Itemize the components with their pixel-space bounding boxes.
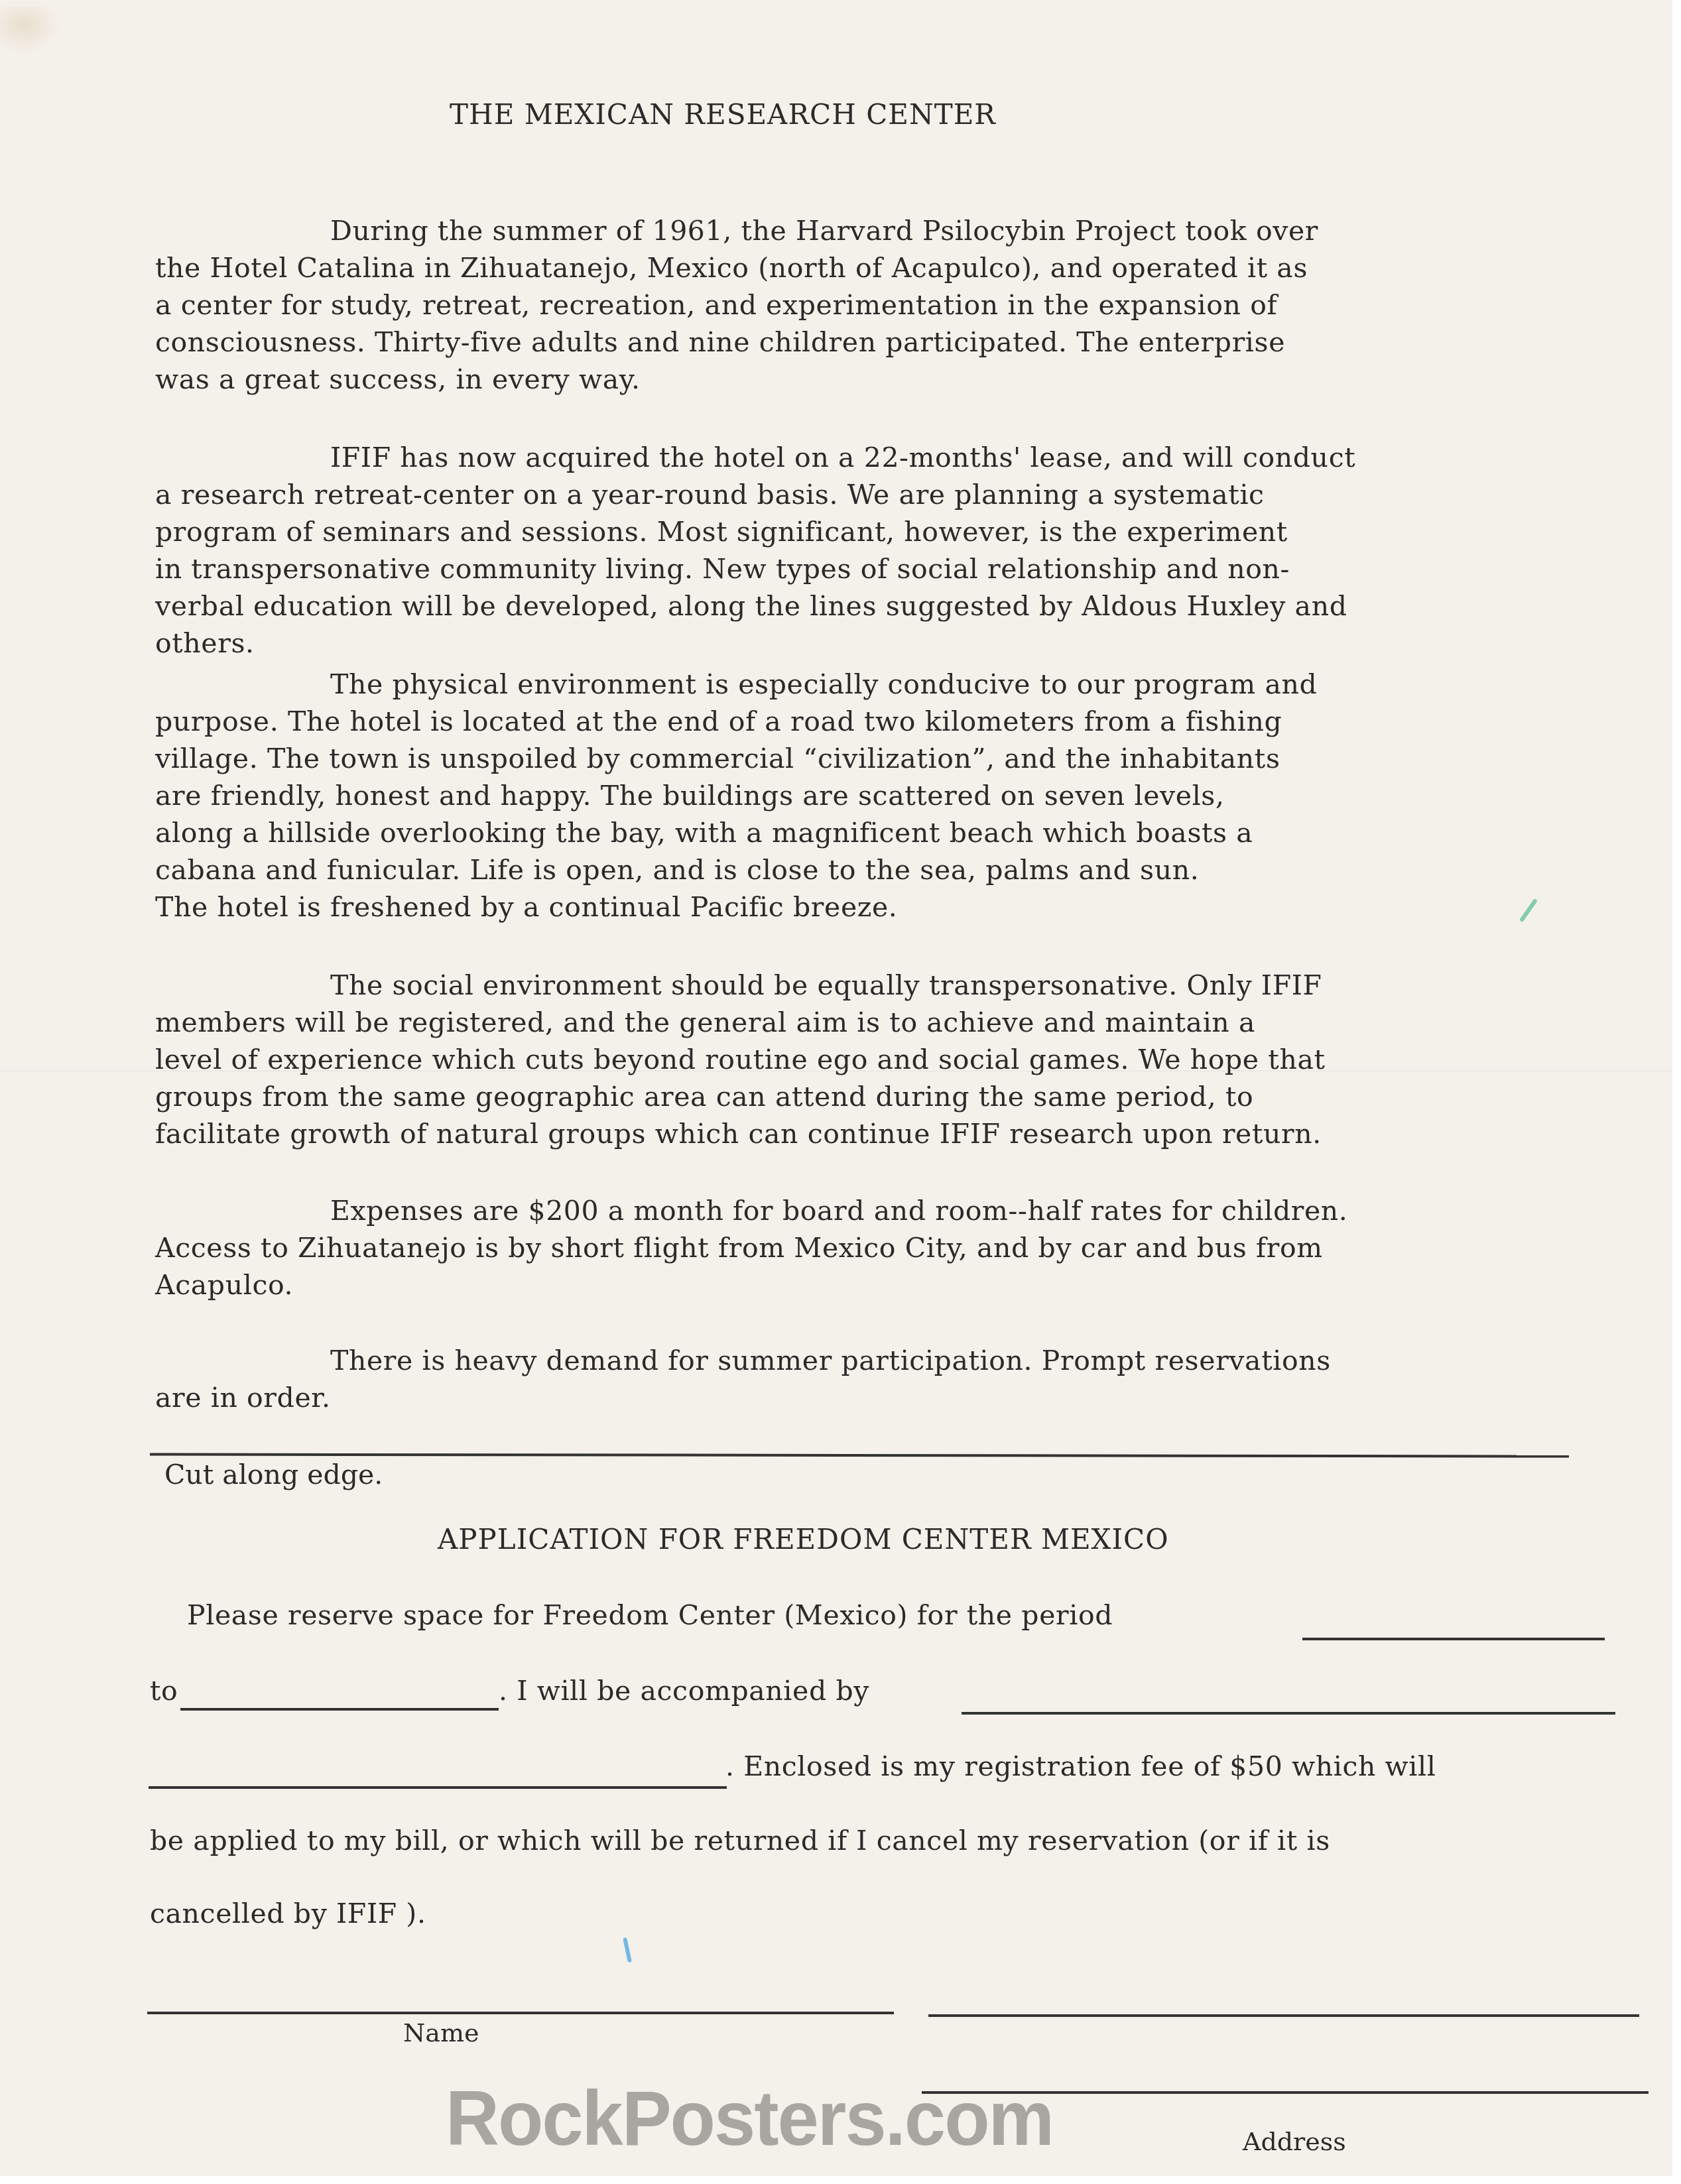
watermark-logo: RockPosters.com <box>446 2073 1053 2163</box>
text-line: The physical environment is especially c… <box>155 666 1561 703</box>
form-text-refund: be applied to my bill, or which will be … <box>150 1825 1330 1856</box>
text-line: are in order. <box>155 1379 1561 1416</box>
text-line: There is heavy demand for summer partici… <box>155 1342 1561 1379</box>
text-line: groups from the same geographic area can… <box>155 1078 1561 1115</box>
paragraph-lease: IFIF has now acquired the hotel on a 22-… <box>155 439 1561 662</box>
text-line: village. The town is unspoiled by commer… <box>155 740 1561 777</box>
text-line: along a hillside overlooking the bay, wi… <box>155 814 1561 851</box>
paragraph-history: During the summer of 1961, the Harvard P… <box>155 212 1561 398</box>
form-text-accompanied: . I will be accompanied by <box>499 1675 869 1707</box>
cut-instruction: Cut along edge. <box>164 1459 383 1490</box>
address-line1-field[interactable] <box>928 2014 1639 2017</box>
form-text-to: to <box>150 1675 178 1707</box>
paragraph-demand: There is heavy demand for summer partici… <box>155 1342 1561 1416</box>
scan-edge-bottom <box>0 2176 1681 2184</box>
name-label: Name <box>403 2018 479 2047</box>
document-title: THE MEXICAN RESEARCH CENTER <box>450 98 996 131</box>
scan-edge-right <box>1672 0 1681 2184</box>
accompanied-by-continued-field[interactable] <box>149 1786 727 1789</box>
text-line: Acapulco. <box>155 1266 1561 1304</box>
paragraph-physical-environment: The physical environment is especially c… <box>155 666 1561 926</box>
text-line: facilitate growth of natural groups whic… <box>155 1115 1561 1152</box>
text-line: the Hotel Catalina in Zihuatanejo, Mexic… <box>155 249 1561 286</box>
text-line: members will be registered, and the gene… <box>155 1004 1561 1041</box>
text-line: in transpersonative community living. Ne… <box>155 550 1561 587</box>
accompanied-by-field[interactable] <box>962 1712 1615 1715</box>
text-line: verbal education will be developed, alon… <box>155 587 1561 625</box>
period-to-field[interactable] <box>180 1708 499 1711</box>
text-line: others. <box>155 625 1561 662</box>
text-line: Access to Zihuatanejo is by short flight… <box>155 1229 1561 1266</box>
form-text-cancelled: cancelled by IFIF ). <box>150 1898 426 1929</box>
form-text-period: Please reserve space for Freedom Center … <box>187 1599 1113 1631</box>
paragraph-expenses: Expenses are $200 a month for board and … <box>155 1192 1561 1304</box>
text-line: purpose. The hotel is located at the end… <box>155 703 1561 740</box>
text-line: level of experience which cuts beyond ro… <box>155 1041 1561 1078</box>
address-label: Address <box>1243 2127 1346 2156</box>
text-line: a center for study, retreat, recreation,… <box>155 286 1561 324</box>
application-title: APPLICATION FOR FREEDOM CENTER MEXICO <box>438 1523 1169 1555</box>
text-line: The social environment should be equally… <box>155 967 1561 1004</box>
text-line: cabana and funicular. Life is open, and … <box>155 851 1561 888</box>
text-line: consciousness. Thirty-five adults and ni… <box>155 324 1561 361</box>
text-line: During the summer of 1961, the Harvard P… <box>155 212 1561 249</box>
text-line: program of seminars and sessions. Most s… <box>155 513 1561 550</box>
text-line: are friendly, honest and happy. The buil… <box>155 777 1561 814</box>
period-from-field[interactable] <box>1302 1638 1605 1640</box>
paragraph-social-environment: The social environment should be equally… <box>155 967 1561 1152</box>
text-line: Expenses are $200 a month for board and … <box>155 1192 1561 1229</box>
text-line: The hotel is freshened by a continual Pa… <box>155 888 1561 926</box>
text-line: was a great success, in every way. <box>155 361 1561 398</box>
name-field[interactable] <box>147 2012 894 2014</box>
text-line: IFIF has now acquired the hotel on a 22-… <box>155 439 1561 476</box>
form-text-fee: . Enclosed is my registration fee of $50… <box>725 1750 1436 1782</box>
text-line: a research retreat-center on a year-roun… <box>155 476 1561 513</box>
paper-stain <box>0 7 60 53</box>
